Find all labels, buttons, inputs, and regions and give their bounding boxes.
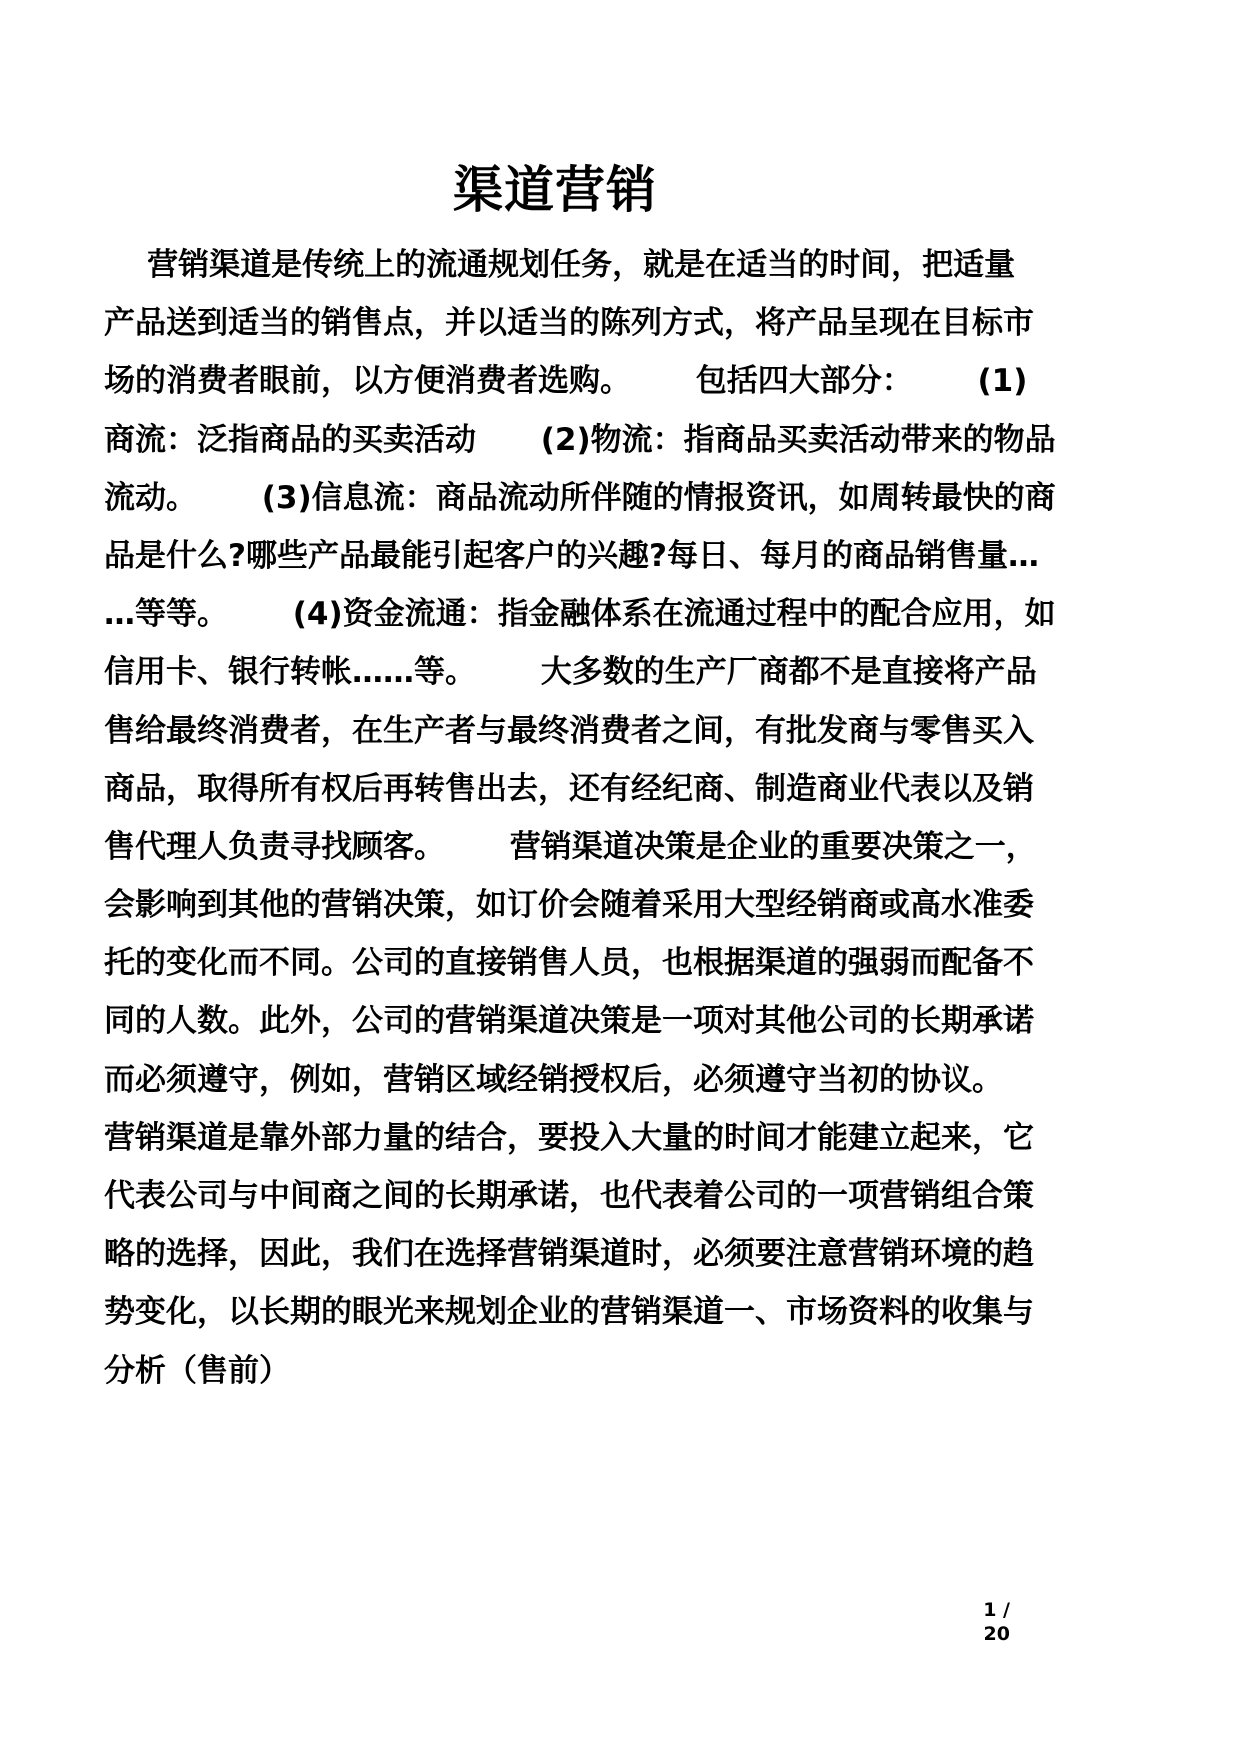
text-line: 势变化，以长期的眼光来规划企业的营销渠道一、市场资料的收集与	[104, 1283, 1014, 1341]
text-line: 而必须遵守，例如，营销区域经销授权后，必须遵守当初的协议。	[104, 1051, 1014, 1109]
text-line: 产品送到适当的销售点，并以适当的陈列方式，将产品呈现在目标市	[104, 294, 1014, 352]
text-line: 营销渠道是靠外部力量的结合，要投入大量的时间才能建立起来，它	[104, 1109, 1014, 1167]
page-number: 1 / 20	[960, 1598, 1010, 1646]
text-line: …等等。 (4)资金流通：指金融体系在流通过程中的配合应用，如	[104, 585, 1014, 643]
text-line: 商品，取得所有权后再转售出去，还有经纪商、制造商业代表以及销	[104, 760, 1014, 818]
document-page: 渠道营销 营销渠道是传统上的流通规划任务，就是在适当的时间，把适量 产品送到适当…	[0, 0, 1240, 1754]
text-line: 分析（售前）	[104, 1342, 1014, 1400]
text-line: 售给最终消费者，在生产者与最终消费者之间，有批发商与零售买入	[104, 702, 1014, 760]
text-line: 场的消费者眼前，以方便消费者选购。 包括四大部分： (1)	[104, 352, 1014, 410]
text-line: 信用卡、银行转帐……等。 大多数的生产厂商都不是直接将产品	[104, 643, 1014, 701]
body-paragraph: 营销渠道是传统上的流通规划任务，就是在适当的时间，把适量 产品送到适当的销售点，…	[104, 236, 1014, 1400]
text-line: 略的选择，因此，我们在选择营销渠道时，必须要注意营销环境的趋	[104, 1225, 1014, 1283]
text-line: 品是什么?哪些产品最能引起客户的兴趣?每日、每月的商品销售量…	[104, 527, 1014, 585]
text-line: 托的变化而不同。公司的直接销售人员，也根据渠道的强弱而配备不	[104, 934, 1014, 992]
text-line: 代表公司与中间商之间的长期承诺，也代表着公司的一项营销组合策	[104, 1167, 1014, 1225]
text-line: 会影响到其他的营销决策，如订价会随着采用大型经销商或高水准委	[104, 876, 1014, 934]
text-line: 同的人数。此外，公司的营销渠道决策是一项对其他公司的长期承诺	[104, 992, 1014, 1050]
text-line: 流动。 (3)信息流：商品流动所伴随的情报资讯，如周转最快的商	[104, 469, 1014, 527]
text-line: 售代理人负责寻找顾客。 营销渠道决策是企业的重要决策之一，	[104, 818, 1014, 876]
text-line: 营销渠道是传统上的流通规划任务，就是在适当的时间，把适量	[104, 236, 1014, 294]
document-title: 渠道营销	[0, 160, 1110, 220]
text-line: 商流：泛指商品的买卖活动 (2)物流：指商品买卖活动带来的物品	[104, 411, 1014, 469]
